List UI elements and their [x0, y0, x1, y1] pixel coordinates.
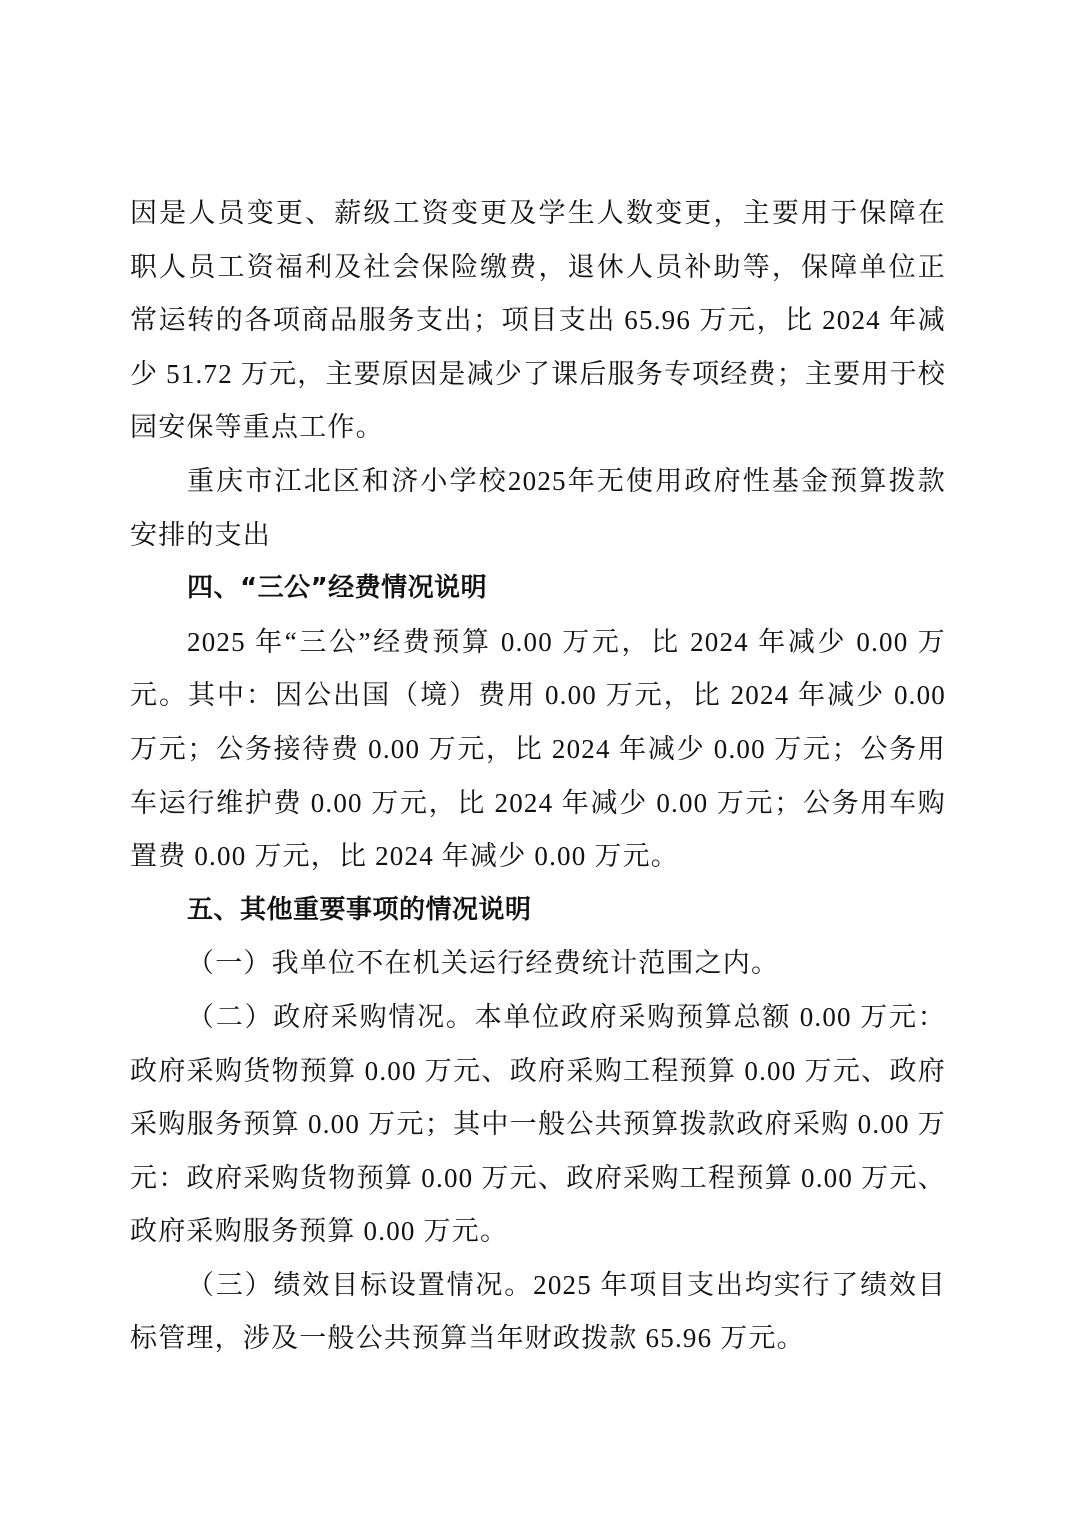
- paragraph-three-public-expenses: 2025 年“三公”经费预算 0.00 万元，比 2024 年减少 0.00 万…: [130, 616, 946, 884]
- section-heading-other-matters: 五、其他重要事项的情况说明: [130, 884, 946, 938]
- section-heading-three-public-expenses: 四、“三公”经费情况说明: [130, 562, 946, 616]
- paragraph-performance-targets: （三）绩效目标设置情况。2025 年项目支出均实行了绩效目标管理，涉及一般公共预…: [130, 1259, 946, 1366]
- paragraph-operating-funds: （一）我单位不在机关运行经费统计范围之内。: [130, 937, 946, 991]
- document-page: 因是人员变更、薪级工资变更及学生人数变更，主要用于保障在职人员工资福利及社会保险…: [130, 187, 946, 1366]
- paragraph-government-fund: 重庆市江北区和济小学校2025年无使用政府性基金预算拨款安排的支出: [130, 455, 946, 562]
- paragraph-government-procurement: （二）政府采购情况。本单位政府采购预算总额 0.00 万元：政府采购货物预算 0…: [130, 991, 946, 1259]
- paragraph-personnel-expenditure: 因是人员变更、薪级工资变更及学生人数变更，主要用于保障在职人员工资福利及社会保险…: [130, 187, 946, 455]
